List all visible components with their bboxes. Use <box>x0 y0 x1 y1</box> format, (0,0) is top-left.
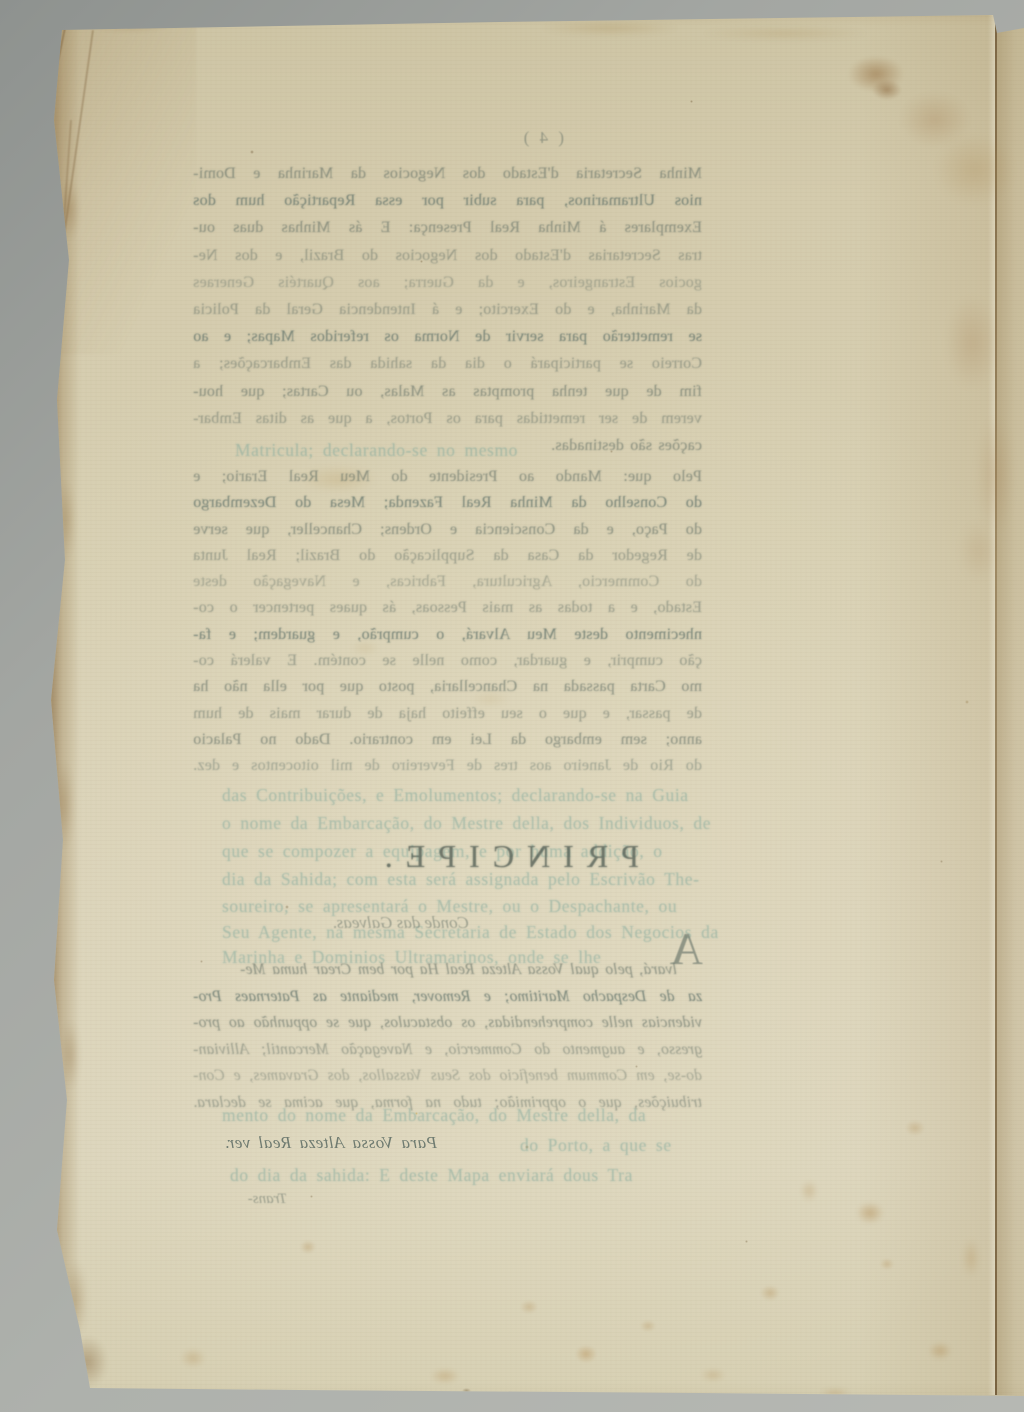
book-page: Matricula; declarando-se no mesmodas Con… <box>0 0 1024 1412</box>
stain-spot <box>690 100 693 103</box>
ghost-line: Pelo que: Mando ao Presidente do Meu Rea… <box>193 464 702 490</box>
ghost-line: tras Secretarias d'Estado dos Negocios d… <box>193 242 702 269</box>
ghost-line: Correio se participará o dia da sahida d… <box>193 350 702 377</box>
stain-spot <box>525 1145 529 1149</box>
stain-spot <box>700 1368 726 1382</box>
ghost-line: nhecimento deste Meu Alvará, o cumprão, … <box>193 622 702 648</box>
stain-spot <box>66 1336 108 1388</box>
foxing-spots <box>0 0 1024 1412</box>
stain-spot <box>520 1300 538 1314</box>
showthrough-line: Marinha e Dominios Ultramarinos, onde se… <box>222 947 601 968</box>
stain-spot <box>90 18 170 32</box>
stain-spot <box>945 295 1000 390</box>
stain-spot <box>250 150 254 154</box>
ghost-line: Exemplares á Minha Real Presença: E ás M… <box>193 214 702 241</box>
ghost-line: nios Ultramarinos, para subir por essa R… <box>193 187 702 214</box>
ghost-line: lvará, pelo qual Vossa Alteza Real Ha po… <box>240 957 677 984</box>
fold-crease-line <box>52 120 72 380</box>
stain-spot <box>635 1065 638 1068</box>
fold-crease-line <box>50 30 94 327</box>
ghost-line: cações são destinadas. <box>193 432 702 459</box>
ghost-line: ção cumprir, e guardar, como nelle se co… <box>193 648 702 674</box>
fold-crease-line <box>41 28 66 136</box>
stain-spot <box>880 1258 894 1270</box>
stain-spot <box>540 20 680 36</box>
stain-spot <box>900 92 970 147</box>
book-photo-scene: Matricula; declarando-se no mesmodas Con… <box>0 0 1024 1412</box>
stain-spot <box>800 1180 818 1202</box>
ghost-line: anno; sem embargo da Lei em contrario. D… <box>193 727 702 753</box>
stain-spot <box>200 960 203 963</box>
ghost-paragraph-2: Pelo que: Mando ao Presidente do Meu Rea… <box>193 464 702 780</box>
corner-fold-shading <box>56 24 196 354</box>
showthrough-line: Seu Agente, na mesma Secretaria de Estad… <box>222 922 719 943</box>
ghost-signature: Conde das Galveas. <box>333 913 469 933</box>
ghost-line: gocios Estrangeiros, e da Guerra; aos Qu… <box>193 269 702 296</box>
stain-spot <box>285 905 289 909</box>
ghost-line: videncias nelle comprehendidas, os obsta… <box>193 1010 702 1037</box>
showthrough-line: do Porto, a que se <box>520 1135 672 1156</box>
stain-spot <box>60 1020 80 1090</box>
stain-spot <box>55 480 75 560</box>
ghost-line: do Paço, e da Consciencia e Ordens; Chan… <box>193 517 702 543</box>
ghost-line: do Conselho da Minha Real Fazenda; Mesa … <box>193 490 702 516</box>
stain-spot <box>575 1345 597 1363</box>
stain-spot <box>872 80 902 100</box>
stain-spot <box>965 700 969 704</box>
stain-spot <box>310 1195 313 1198</box>
ghost-line: do Rio de Janeiro aos tres de Fevereiro … <box>193 753 702 779</box>
stain-spot <box>848 56 904 92</box>
stain-spot <box>415 1112 418 1115</box>
ghost-line: Minha Secretaria d'Estado dos Negocios d… <box>193 160 702 187</box>
stain-spot <box>905 1120 925 1136</box>
stain-spot <box>62 1260 88 1340</box>
paper-grain <box>0 0 1024 1412</box>
stain-spot <box>52 760 74 850</box>
ghost-page-number: ( 4 ) <box>521 128 564 148</box>
gutter-highlight <box>988 15 995 1395</box>
ghost-line: mo Carta passada na Chancellaria, posto … <box>193 674 702 700</box>
showthrough-layer: Matricula; declarando-se no mesmodas Con… <box>0 0 1024 1412</box>
ghost-summary-paragraph: lvará, pelo qual Vossa Alteza Real Ha po… <box>193 957 702 1117</box>
stain-spot <box>420 260 423 263</box>
ghost-catchword: Trans- <box>248 1191 287 1208</box>
showthrough-line: do dia da sahida: E deste Mapa enviará d… <box>230 1165 633 1186</box>
showthrough-line: mento do nome da Embarcação, do Mestre d… <box>222 1105 646 1126</box>
showthrough-line: Matricula; declarando-se no mesmo <box>235 440 518 461</box>
ghost-layer: ( 4 ) Minha Secretaria d'Estado dos Nego… <box>190 0 705 1412</box>
stain-spot <box>350 640 380 656</box>
stain-spot <box>430 1368 460 1384</box>
showthrough-line: soureiro, se apresentará o Mestre, ou o … <box>222 896 677 917</box>
stain-spot <box>820 1388 850 1397</box>
ghost-line: gresso, e augmento do Commercio, e Naveg… <box>193 1037 702 1064</box>
ghost-line: verem de ser remettidas para os Portos, … <box>193 405 702 432</box>
ghost-heading-principe: PRINCIPE. <box>372 838 639 875</box>
ghost-line: se remetterão para servir de Norma os re… <box>193 323 702 350</box>
page-edge-shading <box>0 0 1024 1412</box>
stain-spot <box>700 27 870 40</box>
stain-spot <box>300 1240 316 1254</box>
stain-spot <box>940 860 943 863</box>
ghost-line: Estado, e a todas as mais Pessoas, ás qu… <box>193 595 702 621</box>
stain-spot <box>610 450 613 453</box>
stain-spot <box>856 1202 884 1224</box>
stain-spot <box>180 1348 206 1368</box>
ghost-line: de passar, e que o seu effeito haja de d… <box>193 701 702 727</box>
stain-spot <box>928 1342 952 1360</box>
showthrough-line: que se compozer a equipagem, e por huma … <box>222 841 663 862</box>
stain-spot <box>470 690 510 708</box>
stain-spot <box>935 135 1015 205</box>
ghost-line: tribuições, que o opprimião; tudo na for… <box>193 1090 702 1117</box>
showthrough-line: das Contribuições, e Emolumentos; declar… <box>222 785 689 806</box>
ghost-closing-line: Para Vossa Alteza Real ver. <box>224 1133 437 1153</box>
stain-spot <box>760 1285 780 1301</box>
ghost-line: da Marinha, e do Exercito; e á Intendenc… <box>193 296 702 323</box>
ghost-line: do Commercio, Agricultura, Fabricas, e N… <box>193 569 702 595</box>
ghost-line: do-se, em Commum beneficio dos Seus Vass… <box>193 1063 702 1090</box>
stain-spot <box>462 1388 471 1393</box>
stain-spot <box>745 1240 748 1243</box>
ghost-line: de Regedor da Casa da Supplicação do Bra… <box>193 543 702 569</box>
ghost-dropcap: A <box>670 926 703 972</box>
stain-spot <box>640 1320 656 1332</box>
ghost-line: fim de que tenha promptas as Malas, ou C… <box>193 378 702 405</box>
showthrough-line: dia da Sahida; com esta será assignada p… <box>222 869 700 890</box>
stain-spot <box>958 520 1000 582</box>
ghost-line: za de Despacho Maritimo; e Remover, medi… <box>193 984 702 1011</box>
next-page-edge-shading <box>997 15 1024 1395</box>
stain-spot <box>962 1238 980 1278</box>
gutter-crease <box>995 15 997 1395</box>
ghost-paragraph-1: Minha Secretaria d'Estado dos Negocios d… <box>193 160 702 459</box>
showthrough-line: o nome da Embarcação, do Mestre della, d… <box>222 813 711 834</box>
stain-spot <box>298 465 378 493</box>
page-left-deckle-edge <box>50 18 80 1390</box>
